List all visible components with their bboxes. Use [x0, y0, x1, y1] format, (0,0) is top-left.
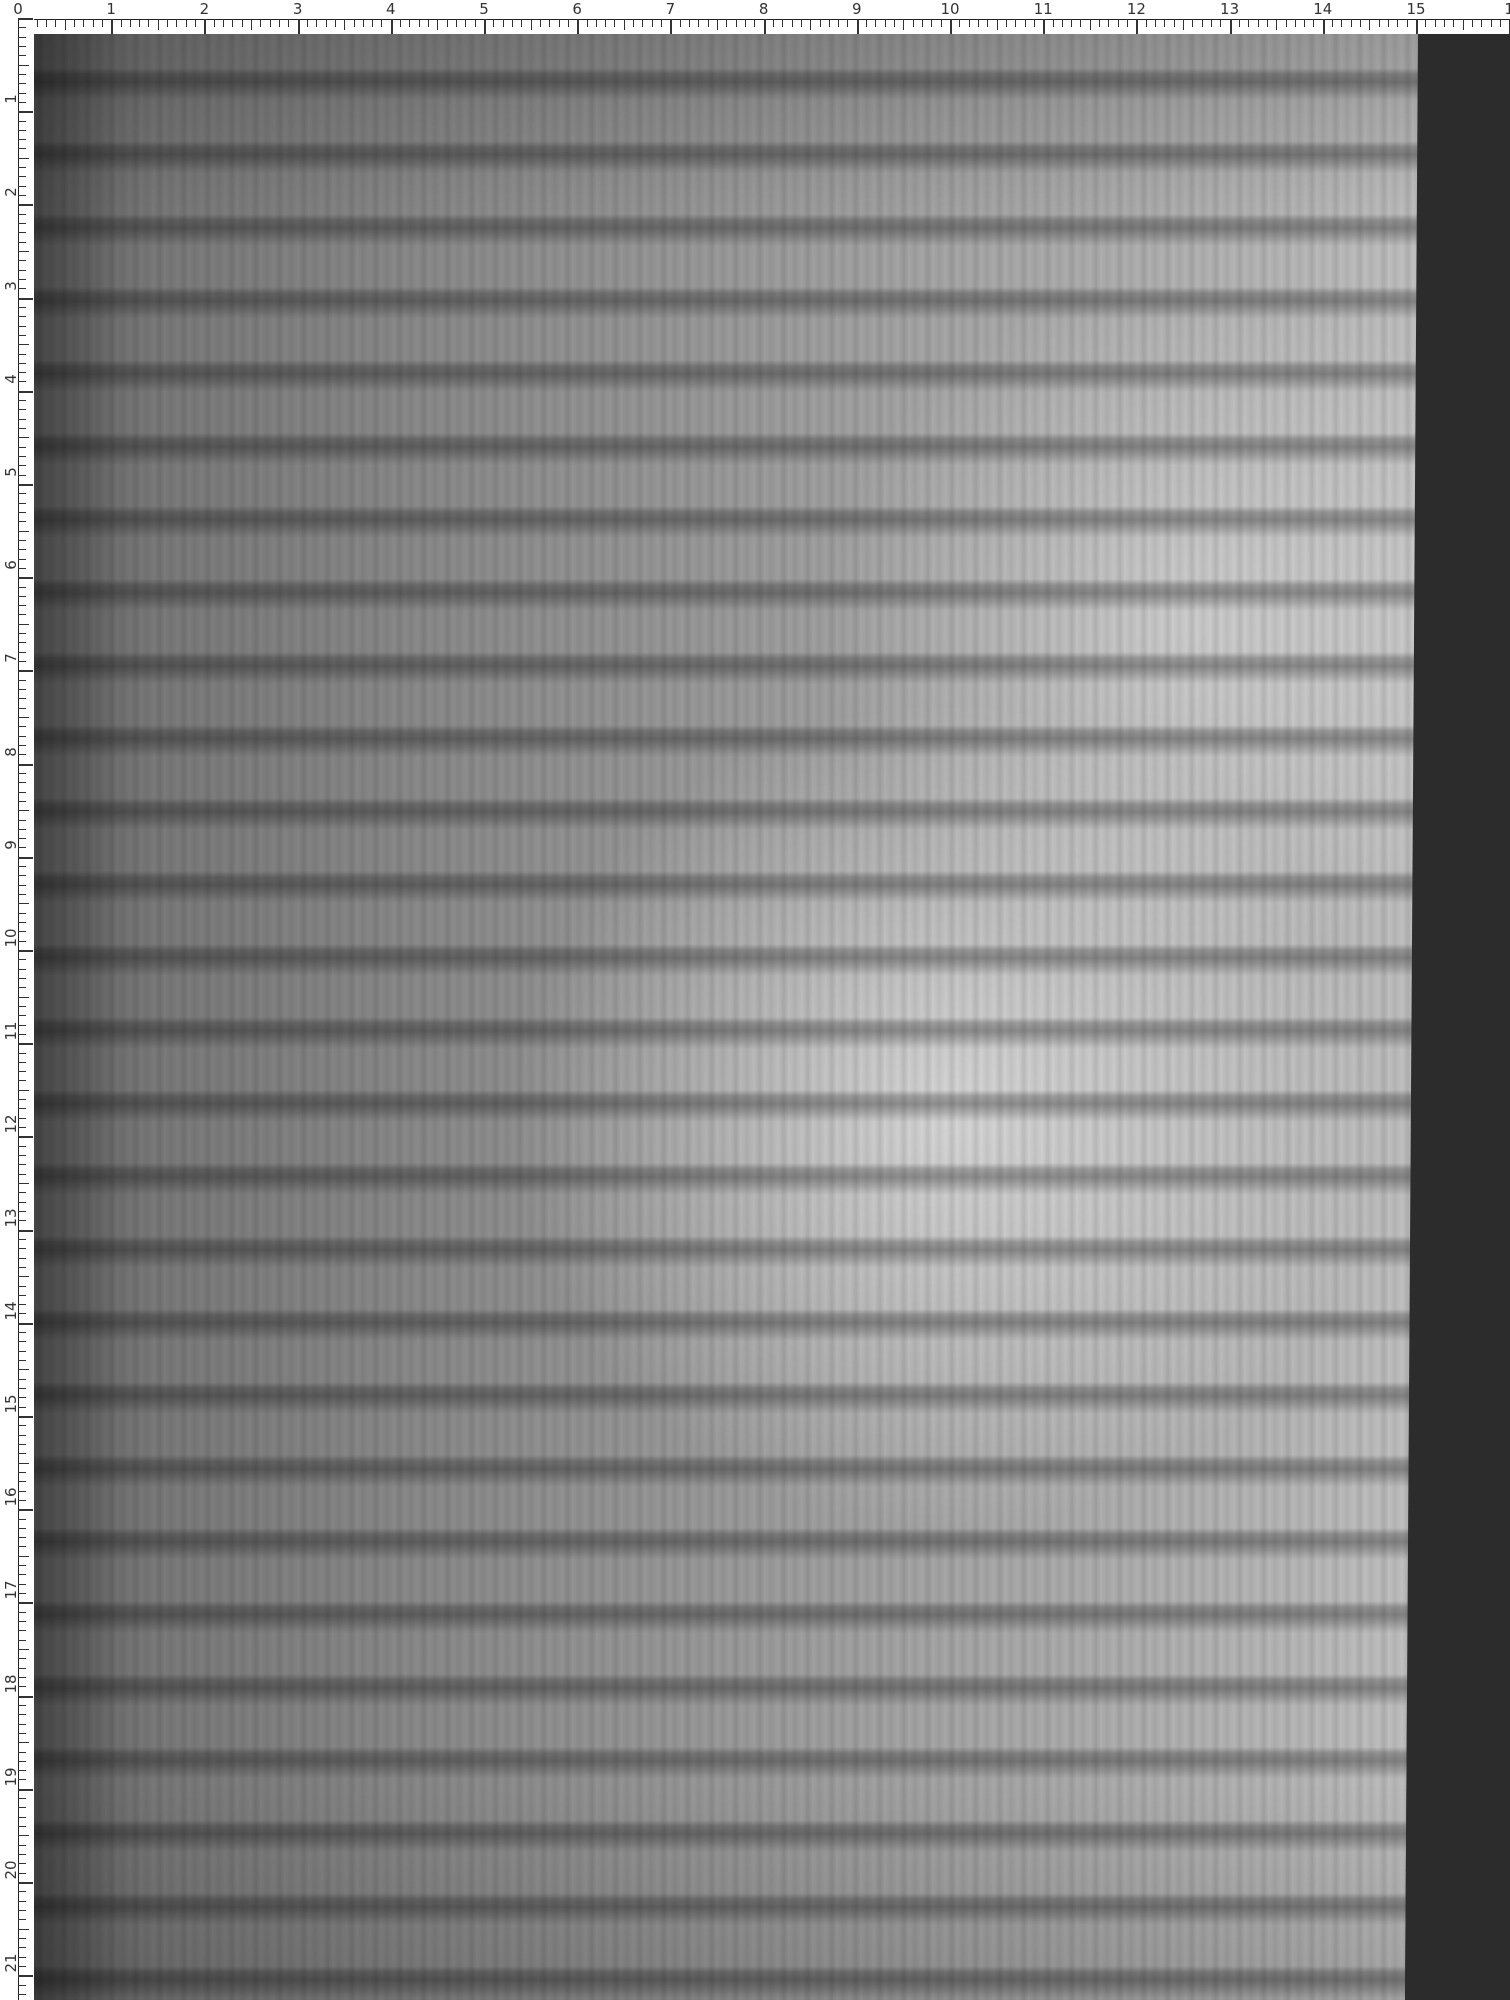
ruler-tick	[997, 19, 998, 30]
top-ruler-label: 1	[106, 0, 116, 18]
ruler-tick	[18, 1975, 33, 1977]
ruler-tick	[1491, 19, 1492, 27]
ruler-tick	[18, 27, 26, 28]
ruler-tick	[1220, 19, 1221, 27]
binding-gutter	[1405, 34, 1510, 2000]
ruler-tick	[18, 708, 26, 709]
ruler-tick	[1080, 19, 1081, 27]
ruler-tick	[354, 19, 355, 27]
ruler-tick	[18, 111, 33, 113]
ruler-tick	[18, 251, 29, 252]
ruler-tick	[428, 19, 429, 27]
ruler-tick	[18, 1155, 26, 1156]
ruler-tick	[18, 1146, 26, 1147]
ruler-tick	[176, 19, 177, 27]
ruler-tick	[18, 587, 26, 588]
left-ruler-label: 17	[2, 1580, 20, 1600]
ruler-tick	[18, 1752, 26, 1753]
ruler-tick	[773, 19, 774, 27]
ruler-tick	[1425, 19, 1426, 27]
left-ruler-label: 13	[2, 1208, 20, 1228]
top-ruler-label: 1	[1504, 0, 1510, 18]
ruler-tick	[1202, 19, 1203, 27]
ruler-tick	[18, 540, 26, 541]
top-ruler-label: 3	[293, 0, 303, 18]
ruler-tick	[18, 1509, 33, 1511]
ruler-tick	[372, 19, 373, 27]
left-ruler-label: 7	[2, 648, 20, 668]
ruler-tick	[838, 19, 839, 27]
ruler-tick	[270, 19, 271, 27]
ruler-tick	[847, 19, 848, 27]
ruler-tick	[18, 1994, 26, 1995]
ruler-tick	[18, 577, 33, 579]
ruler-tick	[18, 214, 26, 215]
ruler-tick	[1295, 19, 1296, 27]
top-ruler-label: 14	[1313, 0, 1332, 18]
left-ruler-label: 18	[2, 1674, 20, 1694]
left-ruler-label: 11	[2, 1021, 20, 1041]
ruler-tick	[717, 19, 718, 30]
top-ruler-label: 8	[759, 0, 769, 18]
ruler-tick	[18, 167, 26, 168]
ruler-tick	[512, 19, 513, 27]
ruler-tick	[158, 19, 159, 30]
ruler-tick	[931, 19, 932, 27]
ruler-tick	[857, 19, 859, 34]
ruler-tick	[18, 1202, 26, 1203]
ruler-tick	[503, 19, 504, 27]
ruler-tick	[18, 512, 26, 513]
scan-vignette	[34, 34, 1510, 2000]
ruler-tick	[18, 792, 26, 793]
ruler-tick	[18, 959, 26, 960]
ruler-tick	[18, 493, 26, 494]
left-ruler-label: 21	[2, 1953, 20, 1973]
ruler-tick	[1472, 19, 1473, 27]
ruler-tick	[18, 1985, 26, 1986]
ruler-tick	[18, 1630, 26, 1631]
ruler-tick	[1146, 19, 1147, 27]
ruler-tick	[18, 1845, 26, 1846]
ruler-tick	[111, 19, 113, 34]
ruler-tick	[18, 1388, 26, 1389]
ruler-tick	[260, 19, 261, 27]
ruler-tick	[18, 1323, 33, 1325]
ruler-tick	[1453, 19, 1454, 27]
ruler-tick	[18, 801, 26, 802]
top-ruler-label: 15	[1406, 0, 1425, 18]
ruler-tick	[624, 19, 625, 30]
ruler-tick	[18, 148, 26, 149]
left-ruler-label: 3	[2, 276, 20, 296]
ruler-tick	[18, 419, 26, 420]
ruler-tick	[531, 19, 532, 30]
ruler-tick	[18, 326, 26, 327]
left-ruler-label: 6	[2, 555, 20, 575]
ruler-tick	[18, 1947, 26, 1948]
left-ruler-label: 14	[2, 1301, 20, 1321]
ruler-tick	[18, 633, 26, 634]
ruler-tick	[18, 950, 33, 952]
ruler-tick	[18, 1276, 29, 1277]
ruler-tick	[18, 1910, 26, 1911]
ruler-tick	[18, 624, 29, 625]
ruler-tick	[18, 670, 33, 672]
ruler-tick	[18, 1071, 26, 1072]
ruler-tick	[18, 391, 33, 393]
ruler-tick	[18, 1929, 29, 1930]
ruler-tick	[18, 596, 26, 597]
ruler-tick	[18, 484, 33, 486]
ruler-tick	[18, 1938, 26, 1939]
ruler-tick	[1332, 19, 1333, 27]
ruler-tick	[18, 736, 26, 737]
ruler-tick	[18, 1258, 26, 1259]
ruler-tick	[698, 19, 699, 27]
ruler-tick	[409, 19, 410, 27]
ruler-tick	[1379, 19, 1380, 27]
ruler-tick	[820, 19, 821, 27]
ruler-tick	[18, 344, 29, 345]
ruler-tick	[18, 1668, 26, 1669]
ruler-tick	[18, 1183, 29, 1184]
ruler-tick	[736, 19, 737, 27]
ruler-tick	[18, 139, 26, 140]
ruler-tick	[242, 19, 243, 27]
ruler-tick	[1500, 19, 1501, 27]
ruler-tick	[186, 19, 187, 27]
ruler-tick	[689, 19, 690, 27]
ruler-tick	[18, 46, 26, 47]
ruler-tick	[708, 19, 709, 27]
ruler-tick	[18, 1612, 26, 1613]
ruler-tick	[18, 1472, 26, 1473]
ruler-tick	[18, 1006, 26, 1007]
ruler-tick	[18, 298, 33, 300]
ruler-tick	[1407, 19, 1408, 27]
ruler-tick	[18, 773, 26, 774]
ruler-tick	[18, 1043, 33, 1045]
ruler-tick	[1323, 19, 1325, 34]
ruler-tick	[18, 1136, 33, 1138]
ruler-tick	[251, 19, 252, 30]
ruler-tick	[232, 19, 233, 27]
ruler-tick	[18, 55, 26, 56]
ruler-tick	[93, 19, 94, 27]
ruler-tick	[885, 19, 886, 27]
ruler-tick	[18, 717, 29, 718]
left-ruler-label: 12	[2, 1114, 20, 1134]
ruler-tick	[18, 922, 26, 923]
ruler-tick	[447, 19, 448, 27]
ruler-tick	[941, 19, 942, 27]
ruler-tick	[18, 1481, 26, 1482]
ruler-tick	[18, 1891, 26, 1892]
ruler-tick	[18, 857, 33, 859]
ruler-tick	[484, 19, 486, 34]
ruler-tick	[18, 1519, 26, 1520]
ruler-tick	[18, 1658, 26, 1659]
ruler-tick	[18, 903, 29, 904]
ruler-tick	[1108, 19, 1109, 27]
ruler-tick	[18, 158, 29, 159]
ruler-tick	[46, 19, 47, 27]
ruler-tick	[894, 19, 895, 27]
ruler-tick	[18, 1080, 26, 1081]
ruler-tick	[18, 1807, 26, 1808]
ruler-tick	[1043, 19, 1045, 34]
ruler-tick	[456, 19, 457, 27]
ruler-tick	[18, 913, 26, 914]
ruler-tick	[18, 689, 26, 690]
ruler-tick	[18, 642, 26, 643]
ruler-tick	[18, 65, 29, 66]
ruler-tick	[1239, 19, 1240, 27]
ruler-tick	[18, 1463, 29, 1464]
ruler-tick	[326, 19, 327, 27]
ruler-tick	[18, 37, 26, 38]
ruler-tick	[587, 19, 588, 27]
left-ruler: 123456789101112131415161718192021	[0, 18, 34, 2000]
ruler-tick	[1183, 19, 1184, 30]
ruler-tick	[307, 19, 308, 27]
ruler-tick	[204, 19, 206, 34]
ruler-tick	[18, 232, 26, 233]
left-ruler-label: 2	[2, 182, 20, 202]
ruler-tick	[1304, 19, 1305, 27]
ruler-tick	[139, 19, 140, 27]
ruler-tick	[18, 316, 26, 317]
ruler-tick	[18, 1108, 26, 1109]
ruler-tick	[18, 1882, 33, 1884]
ruler-tick	[18, 1789, 33, 1791]
ruler-tick	[18, 270, 26, 271]
ruler-tick	[18, 363, 26, 364]
top-ruler-label: 10	[940, 0, 959, 18]
left-ruler-label: 8	[2, 742, 20, 762]
ruler-tick	[18, 1724, 26, 1725]
ruler-tick	[18, 223, 26, 224]
ruler-tick	[18, 782, 26, 783]
ruler-tick	[18, 1919, 26, 1920]
ruler-tick	[726, 19, 727, 27]
ruler-tick	[18, 1817, 26, 1818]
ruler-tick	[1267, 19, 1268, 27]
left-ruler-label: 4	[2, 369, 20, 389]
ruler-tick	[1211, 19, 1212, 27]
ruler-tick	[18, 1090, 29, 1091]
ruler-tick	[18, 437, 29, 438]
top-ruler-label: 11	[1034, 0, 1053, 18]
ruler-tick	[18, 1379, 26, 1380]
ruler-tick	[363, 19, 364, 27]
ruler-tick	[1155, 19, 1156, 27]
ruler-tick	[18, 456, 26, 457]
ruler-tick	[1481, 19, 1482, 27]
top-ruler-label: 2	[200, 0, 210, 18]
ruler-tick	[764, 19, 766, 34]
ruler-tick	[475, 19, 476, 27]
ruler-tick	[1053, 19, 1054, 27]
ruler-tick	[782, 19, 783, 27]
ruler-tick	[18, 1248, 26, 1249]
ruler-tick	[18, 1556, 29, 1557]
ruler-tick	[1369, 19, 1370, 30]
ruler-tick	[18, 1546, 26, 1547]
ruler-tick	[18, 1602, 33, 1604]
ruler-tick	[829, 19, 830, 27]
ruler-tick	[121, 19, 122, 27]
ruler-tick	[1071, 19, 1072, 27]
ruler-tick	[549, 19, 550, 27]
ruler-tick	[130, 19, 131, 27]
ruler-tick	[18, 1099, 26, 1100]
ruler-tick	[18, 987, 26, 988]
ruler-tick	[614, 19, 615, 27]
ruler-tick	[148, 19, 149, 27]
ruler-tick	[102, 19, 103, 27]
ruler-tick	[1313, 19, 1314, 27]
ruler-tick	[1388, 19, 1389, 27]
ruler-tick	[18, 1286, 26, 1287]
ruler-tick	[18, 1696, 33, 1698]
top-ruler-label: 5	[479, 0, 489, 18]
ruler-tick	[18, 1649, 29, 1650]
ruler-tick	[400, 19, 401, 27]
ruler-tick	[18, 1742, 29, 1743]
ruler-tick	[223, 19, 224, 27]
ruler-tick	[18, 1854, 26, 1855]
ruler-tick	[18, 1761, 26, 1762]
ruler-tick	[810, 19, 811, 30]
ruler-tick	[670, 19, 672, 34]
ruler-tick	[279, 19, 280, 27]
left-ruler-label: 20	[2, 1860, 20, 1880]
ruler-tick	[18, 1435, 26, 1436]
ruler-tick	[18, 1015, 26, 1016]
left-ruler-label: 1	[2, 89, 20, 109]
ruler-tick	[18, 1416, 33, 1418]
ruler-tick	[18, 447, 26, 448]
ruler-tick	[1136, 19, 1138, 34]
ruler-tick	[18, 260, 26, 261]
ruler-tick	[18, 1537, 26, 1538]
ruler-tick	[1034, 19, 1035, 27]
ruler-tick	[1435, 19, 1436, 27]
ruler-tick	[298, 19, 300, 34]
ruler-tick	[18, 1714, 26, 1715]
ruler-tick	[18, 875, 26, 876]
ruler-tick	[18, 1705, 26, 1706]
ruler-tick	[18, 549, 26, 550]
ruler-tick	[875, 19, 876, 27]
ruler-tick	[18, 521, 26, 522]
ruler-tick	[18, 18, 33, 20]
top-ruler: 01234567891011121314151	[18, 0, 1510, 34]
ruler-tick	[866, 19, 867, 27]
ruler-tick	[1341, 19, 1342, 27]
ruler-tick	[344, 19, 345, 30]
ruler-tick	[521, 19, 522, 27]
ruler-tick	[18, 605, 26, 606]
ruler-tick	[577, 19, 579, 34]
ruler-tick	[18, 1640, 26, 1641]
top-ruler-label: 6	[572, 0, 582, 18]
ruler-tick	[633, 19, 634, 27]
ruler-tick	[18, 764, 33, 766]
ruler-tick	[18, 1267, 26, 1268]
ruler-tick	[18, 354, 26, 355]
ruler-tick	[18, 885, 26, 886]
ruler-tick	[214, 19, 215, 27]
ruler-tick	[18, 820, 26, 821]
ruler-tick	[18, 810, 29, 811]
ruler-tick	[969, 19, 970, 27]
ruler-tick	[18, 1341, 26, 1342]
ruler-tick	[987, 19, 988, 27]
ruler-tick	[18, 204, 33, 206]
ruler-tick	[1015, 19, 1016, 27]
ruler-tick	[18, 428, 26, 429]
ruler-tick	[55, 19, 56, 27]
ruler-tick	[596, 19, 597, 27]
ruler-tick	[1099, 19, 1100, 27]
ruler-tick	[18, 680, 26, 681]
ruler-tick	[1351, 19, 1352, 27]
ruler-tick	[18, 1295, 26, 1296]
ruler-tick	[437, 19, 438, 30]
ruler-tick	[18, 1164, 26, 1165]
manuscript-scan: Illegible handwritten manuscript text ov…	[34, 34, 1510, 2000]
left-ruler-label: 9	[2, 835, 20, 855]
ruler-tick	[1416, 19, 1418, 34]
ruler-tick	[37, 19, 38, 27]
ruler-tick	[1127, 19, 1128, 27]
ruler-tick	[18, 1826, 26, 1827]
ruler-tick	[754, 19, 755, 27]
ruler-tick	[18, 1835, 29, 1836]
ruler-tick	[465, 19, 466, 27]
ruler-tick	[419, 19, 420, 27]
ruler-tick	[1286, 19, 1287, 27]
ruler-tick	[1397, 19, 1398, 27]
ruler-tick	[18, 503, 26, 504]
ruler-tick	[18, 74, 26, 75]
ruler-tick	[288, 19, 289, 27]
ruler-tick	[1463, 19, 1464, 30]
ruler-tick	[18, 1565, 26, 1566]
ruler-tick	[913, 19, 914, 27]
ruler-tick	[18, 335, 26, 336]
ruler-tick	[540, 19, 541, 27]
ruler-tick	[978, 19, 979, 27]
ruler-tick	[18, 1444, 26, 1445]
ruler-tick	[18, 130, 26, 131]
ruler-tick	[18, 829, 26, 830]
ruler-tick	[959, 19, 960, 27]
ruler-tick	[18, 1053, 26, 1054]
ruler-tick	[801, 19, 802, 27]
left-ruler-label: 15	[2, 1394, 20, 1414]
ruler-tick	[18, 866, 26, 867]
ruler-tick	[1118, 19, 1119, 27]
top-ruler-label: 12	[1127, 0, 1146, 18]
ruler-tick	[18, 83, 26, 84]
ruler-tick	[18, 1528, 26, 1529]
ruler-tick	[568, 19, 569, 27]
ruler-tick	[745, 19, 746, 27]
